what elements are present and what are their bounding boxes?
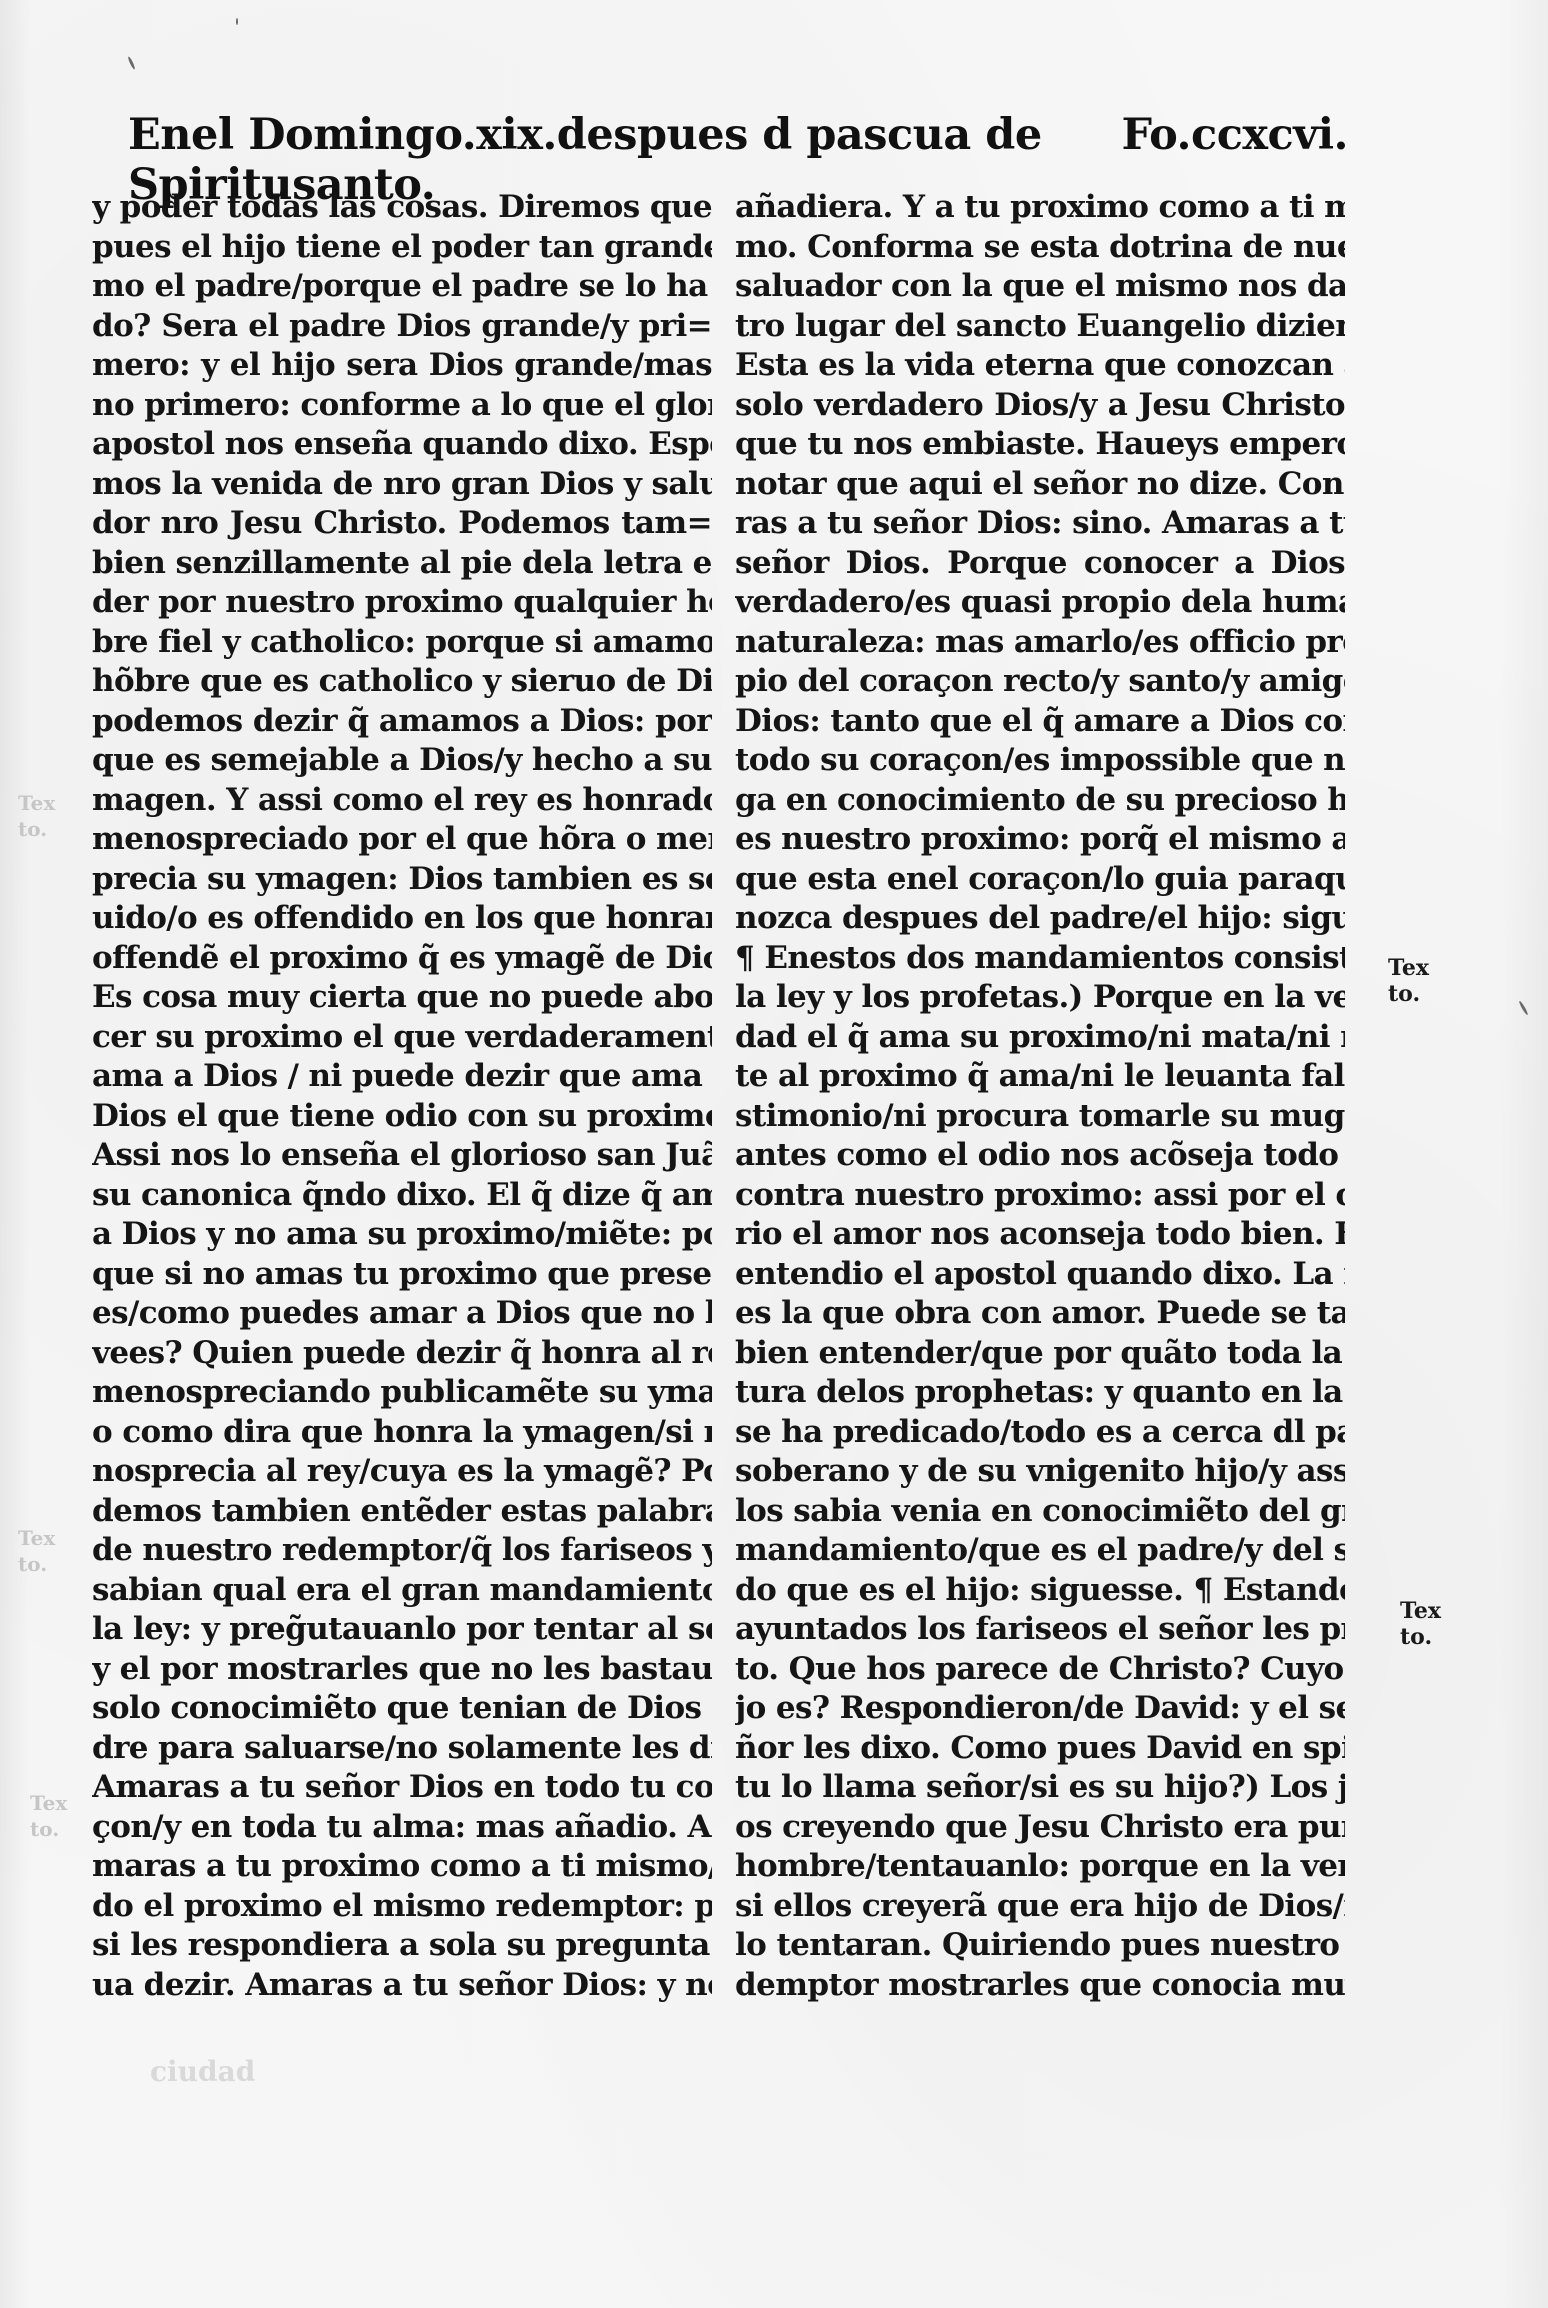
text-line: bre fiel y catholico: porque si amamos a…	[92, 623, 712, 663]
text-line: es/como puedes amar a Dios que no lo	[92, 1294, 712, 1334]
text-line: Dios: tanto que el q̃ amare a Dios con	[735, 702, 1345, 742]
margin-note-line: to.	[1388, 981, 1429, 1007]
text-line: to. Que hos parece de Christo? Cuyo hi	[735, 1650, 1345, 1690]
text-line: mero: y el hijo sera Dios grande/mas	[92, 346, 712, 386]
margin-note-line: to.	[18, 816, 55, 842]
text-line: que esta enel coraçon/lo guia paraque co	[735, 860, 1345, 900]
text-line: do que es el hijo: siguesse. ¶ Estando a…	[735, 1571, 1345, 1611]
folio-number: Fo.ccxcvi.	[1121, 110, 1348, 160]
text-line: la ley: y preg̃utauanlo por tentar al se…	[92, 1610, 712, 1650]
text-line: contra nuestro proximo: assi por el cõtr…	[735, 1176, 1345, 1216]
text-line: señor Dios. Porque conocer a Dios	[735, 544, 1345, 584]
margin-note-line: Tex	[30, 1790, 67, 1816]
text-line: verdadero/es quasi propio dela humana	[735, 583, 1345, 623]
text-line: ñor les dixo. Como pues David en spiri	[735, 1729, 1345, 1769]
text-line: demos tambien entẽder estas palabras	[92, 1492, 712, 1532]
text-line: es la que obra con amor. Puede se tam=	[735, 1294, 1345, 1334]
text-line: nosprecia al rey/cuya es la ymagẽ? Po=	[92, 1452, 712, 1492]
text-line: ga en conocimiento de su precioso hijo/q…	[735, 781, 1345, 821]
text-line: menospreciando publicamẽte su ymagẽ?	[92, 1373, 712, 1413]
margin-note-line: Tex	[18, 1525, 55, 1551]
text-line: y poder todas las cosas. Diremos que	[92, 188, 712, 228]
text-line: do? Sera el padre Dios grande/y pri=	[92, 307, 712, 347]
text-line: se ha predicado/todo es a cerca dl padre	[735, 1413, 1345, 1453]
text-line: mos la venida de nro gran Dios y salua	[92, 465, 712, 505]
text-line: nozca despues del padre/el hijo: siguess…	[735, 899, 1345, 939]
text-line: dad el q̃ ama su proximo/ni mata/ni miẽ	[735, 1018, 1345, 1058]
text-line: hõbre que es catholico y sieruo de Dios/	[92, 662, 712, 702]
text-line: vees? Quien puede dezir q̃ honra al rey	[92, 1334, 712, 1374]
text-line: der por nuestro proximo qualquier hom	[92, 583, 712, 623]
text-line: entendio el apostol quando dixo. La fe	[735, 1255, 1345, 1295]
margin-note-line: Tex	[1400, 1598, 1441, 1624]
text-line: hombre/tentauanlo: porque en la verdad	[735, 1847, 1345, 1887]
text-line: que si no amas tu proximo que presente v…	[92, 1255, 712, 1295]
text-line: tura delos prophetas: y quanto en la ley	[735, 1373, 1345, 1413]
text-line: te al proximo q̃ ama/ni le leuanta falso…	[735, 1057, 1345, 1097]
text-line: sabian qual era el gran mandamiento de	[92, 1571, 712, 1611]
margin-note-faint: Tex to.	[18, 790, 55, 842]
text-line: maras a tu proximo como a ti mismo/siẽ	[92, 1847, 712, 1887]
margin-note-texto: Tex to.	[1400, 1598, 1441, 1650]
text-line: stimonio/ni procura tomarle su muger/	[735, 1097, 1345, 1137]
text-line: bien entender/que por quãto toda la scri…	[735, 1334, 1345, 1374]
text-line: solo verdadero Dios/y a Jesu Christo	[735, 386, 1345, 426]
text-line: pues el hijo tiene el poder tan grande c…	[92, 228, 712, 268]
text-line: offendẽ el proximo q̃ es ymagẽ de Dios.	[92, 939, 712, 979]
text-line: jo es? Respondieron/de David: y el se=	[735, 1689, 1345, 1729]
text-line: çon/y en toda tu alma: mas añadio. A=	[92, 1808, 712, 1848]
text-line: apostol nos enseña quando dixo. Espera	[92, 425, 712, 465]
text-line: antes como el odio nos acõseja todo mal	[735, 1136, 1345, 1176]
paper-speck	[1518, 1000, 1529, 1015]
text-line: os creyendo que Jesu Christo era puro	[735, 1808, 1345, 1848]
text-line: que es semejable a Dios/y hecho a su y	[92, 741, 712, 781]
margin-note-faint: Tex to.	[30, 1790, 67, 1842]
text-line: tu lo llama señor/si es su hijo?) Los ju…	[735, 1768, 1345, 1808]
text-line: ayuntados los fariseos el señor les preg…	[735, 1610, 1345, 1650]
text-line: naturaleza: mas amarlo/es officio pro=	[735, 623, 1345, 663]
text-line: ama a Dios / ni puede dezir que ama a	[92, 1057, 712, 1097]
text-line: magen. Y assi como el rey es honrado o	[92, 781, 712, 821]
text-line: no primero: conforme a lo que el glorios…	[92, 386, 712, 426]
margin-note-faint: Tex to.	[18, 1525, 55, 1577]
text-line: ¶ Enestos dos mandamientos consistẽ	[735, 939, 1345, 979]
text-line: a Dios y no ama su proximo/miẽte: por	[92, 1215, 712, 1255]
text-line: mandamiento/que es el padre/y del seg̃u	[735, 1531, 1345, 1571]
margin-note-line: to.	[30, 1816, 67, 1842]
left-text-column: y poder todas las cosas. Diremos que pue…	[92, 188, 712, 2005]
text-line: bien senzillamente al pie dela letra ent…	[92, 544, 712, 584]
margin-note-line: to.	[18, 1551, 55, 1577]
text-line: pio del coraçon recto/y santo/y amigo de	[735, 662, 1345, 702]
paper-speck	[127, 56, 136, 70]
text-line: dor nro Jesu Christo. Podemos tam=	[92, 504, 712, 544]
margin-note-line: Tex	[1388, 955, 1429, 981]
margin-note-line: Tex	[18, 790, 55, 816]
text-line: Esta es la vida eterna que conozcan a ti	[735, 346, 1345, 386]
text-line: Es cosa muy cierta que no puede aborre	[92, 978, 712, 1018]
text-line: ua dezir. Amaras a tu señor Dios: y no	[92, 1966, 712, 2006]
text-line: Amaras a tu señor Dios en todo tu cora	[92, 1768, 712, 1808]
text-line: notar que aqui el señor no dize. Conoce=	[735, 465, 1345, 505]
text-line: mo. Conforma se esta dotrina de nuestro	[735, 228, 1345, 268]
text-line: precia su ymagen: Dios tambien es ser=	[92, 860, 712, 900]
text-line: lo tentaran. Quiriendo pues nuestro re	[735, 1926, 1345, 1966]
text-line: todo su coraçon/es impossible que no vẽ	[735, 741, 1345, 781]
text-line: uido/o es offendido en los que honran o	[92, 899, 712, 939]
text-line: saluador con la que el mismo nos da en o…	[735, 267, 1345, 307]
text-line: solo conocimiẽto que tenian de Dios pa	[92, 1689, 712, 1729]
margin-note-line: to.	[1400, 1624, 1441, 1650]
text-line: de nuestro redemptor/q̃ los fariseos ya	[92, 1531, 712, 1571]
paper-speck	[236, 18, 238, 25]
text-line: menospreciado por el que hõra o menos=	[92, 820, 712, 860]
text-line: y el por mostrarles que no les bastaua e…	[92, 1650, 712, 1690]
running-header: Enel Domingo.xix.despues d pascua de Spi…	[128, 110, 1348, 174]
text-line: dre para saluarse/no solamente les dixo.	[92, 1729, 712, 1769]
text-line: es nuestro proximo: porq̃ el mismo amor	[735, 820, 1345, 860]
text-line: demptor mostrarles que conocia muy biẽ	[735, 1966, 1345, 2006]
right-text-column: añadiera. Y a tu proximo como a ti mis= …	[735, 188, 1345, 2005]
text-line: ras a tu señor Dios: sino. Amaras a tu	[735, 504, 1345, 544]
text-line: podemos dezir q̃ amamos a Dios: por	[92, 702, 712, 742]
text-line: añadiera. Y a tu proximo como a ti mis=	[735, 188, 1345, 228]
show-through-text: ciudad	[150, 2055, 255, 2088]
scanned-book-page: ciudad Tex to. Tex to. Tex to. Enel Domi…	[0, 0, 1548, 2308]
text-line: Assi nos lo enseña el glorioso san Juã e…	[92, 1136, 712, 1176]
text-line: tro lugar del sancto Euangelio diziendo.	[735, 307, 1345, 347]
text-line: su canonica q̃ndo dixo. El q̃ dize q̃ am…	[92, 1176, 712, 1216]
text-line: que tu nos embiaste. Haueys empero de	[735, 425, 1345, 465]
text-line: do el proximo el mismo redemptor: porq̃	[92, 1887, 712, 1927]
text-line: cer su proximo el que verdaderamente	[92, 1018, 712, 1058]
text-line: rio el amor nos aconseja todo bien. Esto	[735, 1215, 1345, 1255]
text-line: los sabia venia en conocimiẽto del gran	[735, 1492, 1345, 1532]
text-line: mo el padre/porque el padre se lo ha da=	[92, 267, 712, 307]
text-line: soberano y de su vnigenito hijo/y assi e…	[735, 1452, 1345, 1492]
text-line: la ley y los profetas.) Porque en la ver	[735, 978, 1345, 1018]
margin-note-texto: Tex to.	[1388, 955, 1429, 1007]
text-line: si les respondiera a sola su pregunta ba…	[92, 1926, 712, 1966]
text-line: si ellos creyerã que era hijo de Dios/no	[735, 1887, 1345, 1927]
text-line: o como dira que honra la ymagen/si me=	[92, 1413, 712, 1453]
text-line: Dios el que tiene odio con su proximo.	[92, 1097, 712, 1137]
